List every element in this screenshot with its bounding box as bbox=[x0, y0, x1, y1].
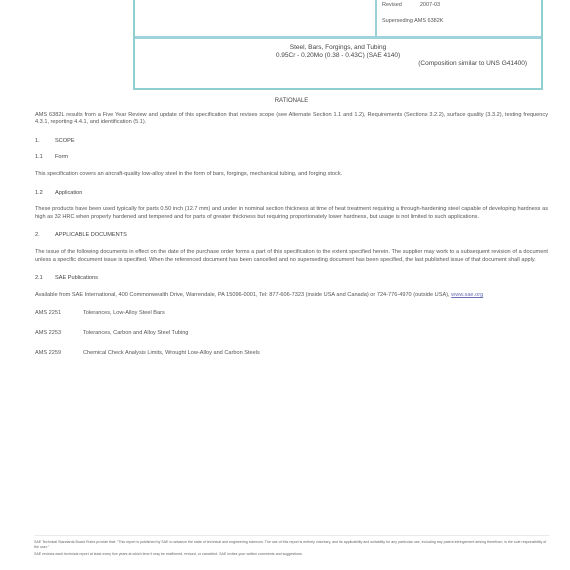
document-title: Steel, Bars, Forgings, and Tubing 0.95Cr… bbox=[135, 44, 541, 68]
section-heading: 1.SCOPE bbox=[35, 138, 548, 146]
section-heading: 2.APPLICABLE DOCUMENTS bbox=[35, 232, 548, 240]
title-line-2: 0.95Cr - 0.20Mo (0.38 - 0.43C) (SAE 4140… bbox=[135, 52, 541, 60]
title-line-1: Steel, Bars, Forgings, and Tubing bbox=[135, 44, 541, 52]
document-header-box: Revised 2007-03 Superseding AMS 6382K St… bbox=[133, 0, 543, 90]
rationale-text: AMS 6382L results from a Five Year Revie… bbox=[35, 112, 548, 127]
paragraph: These products have been used typically … bbox=[35, 206, 548, 221]
section-heading: 2.1SAE Publications bbox=[35, 275, 548, 283]
paragraph: This specification covers an aircraft-qu… bbox=[35, 171, 548, 179]
header-meta: Revised 2007-03 Superseding AMS 6382K bbox=[382, 0, 443, 26]
rationale-heading: RATIONALE bbox=[35, 98, 548, 106]
section-heading: 1.1Form bbox=[35, 154, 548, 162]
reference-item: AMS 2251Tolerances, Low-Alloy Steel Bars bbox=[35, 310, 548, 318]
reference-item: AMS 2259Chemical Check Analysis Limits, … bbox=[35, 350, 548, 358]
paragraph: The issue of the following documents in … bbox=[35, 249, 548, 264]
section-heading: 1.2Application bbox=[35, 190, 548, 198]
header-top-row bbox=[135, 0, 541, 39]
footer-notice: SAE Technical Standards Board Rules prov… bbox=[34, 535, 550, 557]
paragraph: Available from SAE International, 400 Co… bbox=[35, 292, 548, 300]
header-divider bbox=[375, 0, 377, 36]
sae-website-link[interactable]: www.sae.org bbox=[451, 292, 483, 298]
meta-revised: Revised 2007-03 bbox=[382, 0, 443, 10]
meta-superseding: Superseding AMS 6382K bbox=[382, 16, 443, 26]
document-body: RATIONALE AMS 6382L results from a Five … bbox=[35, 98, 548, 369]
title-line-3: (Composition similar to UNS G41400) bbox=[135, 60, 541, 68]
reference-item: AMS 2253Tolerances, Carbon and Alloy Ste… bbox=[35, 330, 548, 338]
sections: 1.SCOPE1.1FormThis specification covers … bbox=[35, 138, 548, 357]
